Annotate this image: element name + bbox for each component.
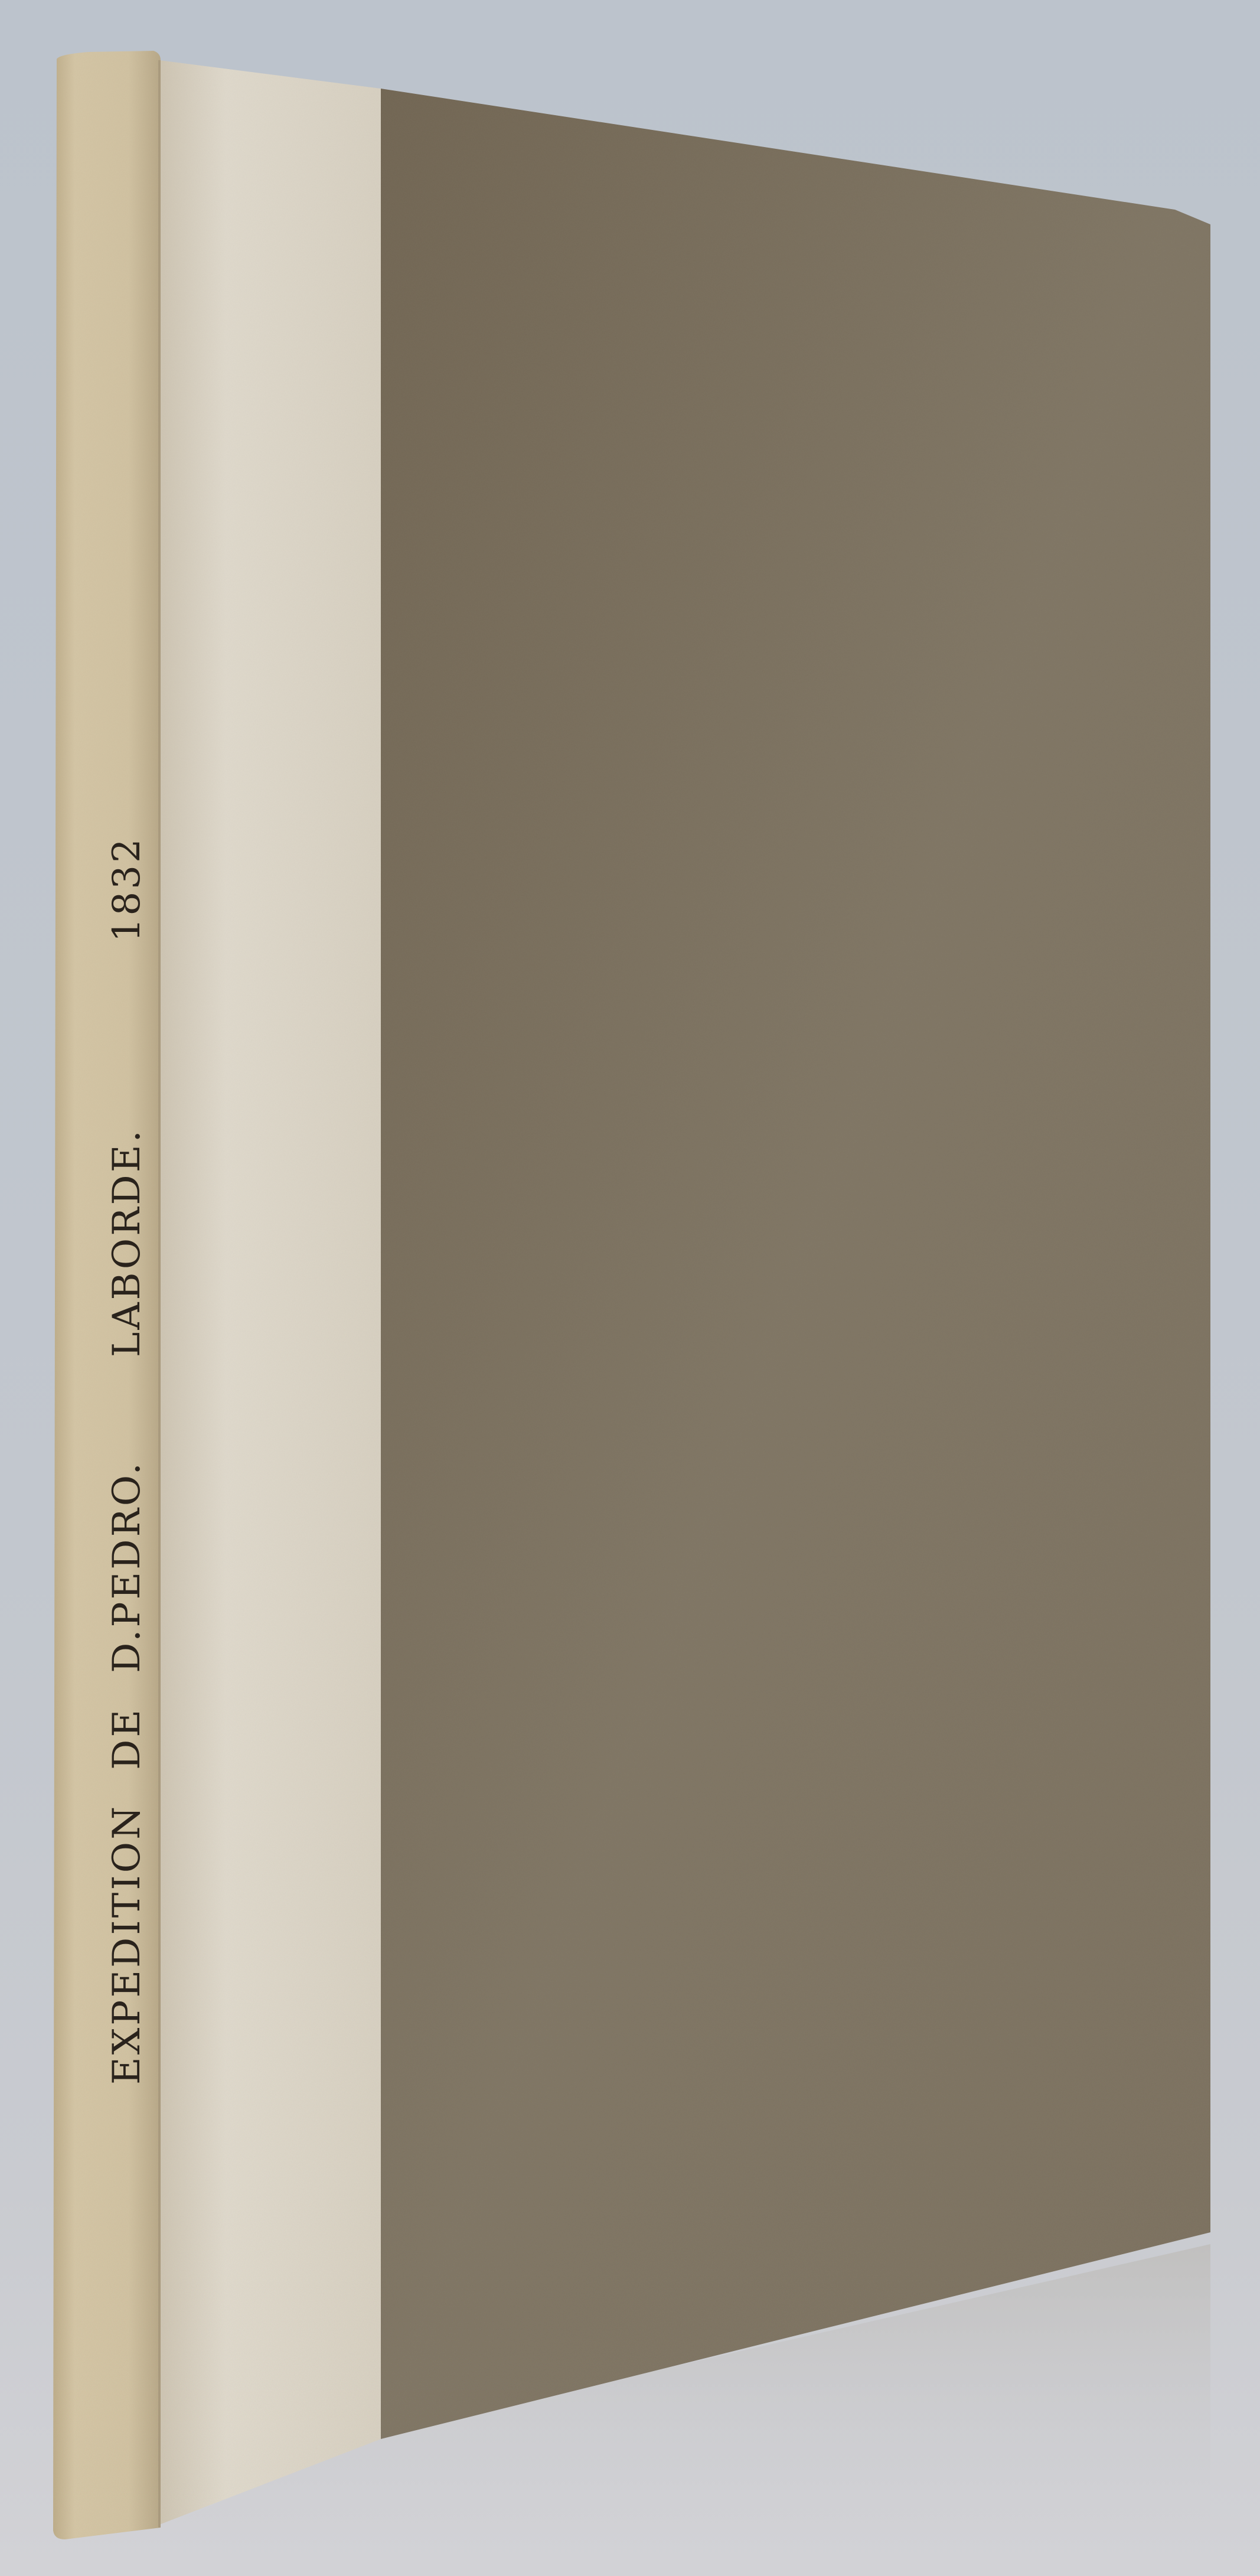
photo-scene: EXPEDITION DE D.PEDRO. LABORDE. 1832 bbox=[0, 0, 1260, 2576]
spine-lettering: EXPEDITION DE D.PEDRO. LABORDE. 1832 bbox=[105, 836, 149, 2085]
spine-author: LABORDE. bbox=[105, 1128, 149, 1357]
spine-title-word-3: D.PEDRO. bbox=[105, 1460, 149, 1673]
spine-year: 1832 bbox=[105, 836, 149, 942]
spine-title-word-2: DE bbox=[105, 1707, 149, 1770]
spine-title-word-1: EXPEDITION bbox=[105, 1804, 149, 2085]
book-illustration bbox=[0, 0, 1260, 2576]
